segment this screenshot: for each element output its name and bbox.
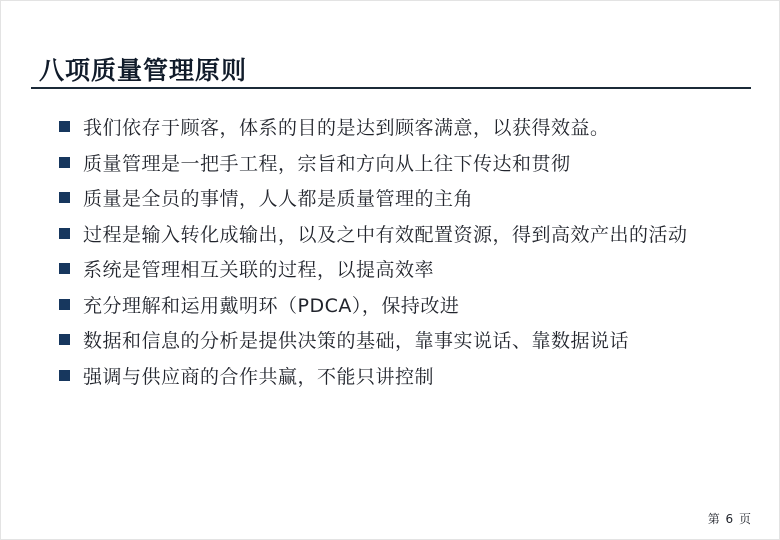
bullet-square-icon xyxy=(59,334,70,345)
bullet-item: 数据和信息的分析是提供决策的基础，靠事实说话、靠数据说话 xyxy=(59,322,751,358)
bullet-text: 数据和信息的分析是提供决策的基础，靠事实说话、靠数据说话 xyxy=(83,326,629,353)
bullet-square-icon xyxy=(59,263,70,274)
bullet-text: 系统是管理相互关联的过程，以提高效率 xyxy=(83,255,434,282)
bullet-square-icon xyxy=(59,157,70,168)
bullet-item: 充分理解和运用戴明环（PDCA），保持改进 xyxy=(59,287,751,323)
bullet-item: 质量管理是一把手工程，宗旨和方向从上往下传达和贯彻 xyxy=(59,145,751,181)
bullet-text: 我们依存于顾客，体系的目的是达到顾客满意，以获得效益。 xyxy=(83,113,610,140)
bullet-square-icon xyxy=(59,192,70,203)
bullet-item: 过程是输入转化成输出，以及之中有效配置资源，得到高效产出的活动 xyxy=(59,216,751,252)
slide-page: 八项质量管理原则 我们依存于顾客，体系的目的是达到顾客满意，以获得效益。 质量管… xyxy=(0,0,780,540)
bullet-square-icon xyxy=(59,228,70,239)
bullet-text: 充分理解和运用戴明环（PDCA），保持改进 xyxy=(83,291,459,318)
bullet-text: 强调与供应商的合作共赢，不能只讲控制 xyxy=(83,362,434,389)
bullet-text: 质量管理是一把手工程，宗旨和方向从上往下传达和贯彻 xyxy=(83,149,571,176)
bullet-item: 强调与供应商的合作共赢，不能只讲控制 xyxy=(59,358,751,394)
bullet-square-icon xyxy=(59,370,70,381)
bullet-item: 质量是全员的事情，人人都是质量管理的主角 xyxy=(59,180,751,216)
bullet-square-icon xyxy=(59,299,70,310)
bullet-item: 系统是管理相互关联的过程，以提高效率 xyxy=(59,251,751,287)
bullet-text: 过程是输入转化成输出，以及之中有效配置资源，得到高效产出的活动 xyxy=(83,220,688,247)
bullet-square-icon xyxy=(59,121,70,132)
bullet-item: 我们依存于顾客，体系的目的是达到顾客满意，以获得效益。 xyxy=(59,109,751,145)
page-number: 第 6 页 xyxy=(708,510,752,527)
bullet-text: 质量是全员的事情，人人都是质量管理的主角 xyxy=(83,184,473,211)
title-underline xyxy=(31,87,751,89)
slide-title: 八项质量管理原则 xyxy=(39,51,247,87)
bullet-list: 我们依存于顾客，体系的目的是达到顾客满意，以获得效益。 质量管理是一把手工程，宗… xyxy=(59,109,751,393)
